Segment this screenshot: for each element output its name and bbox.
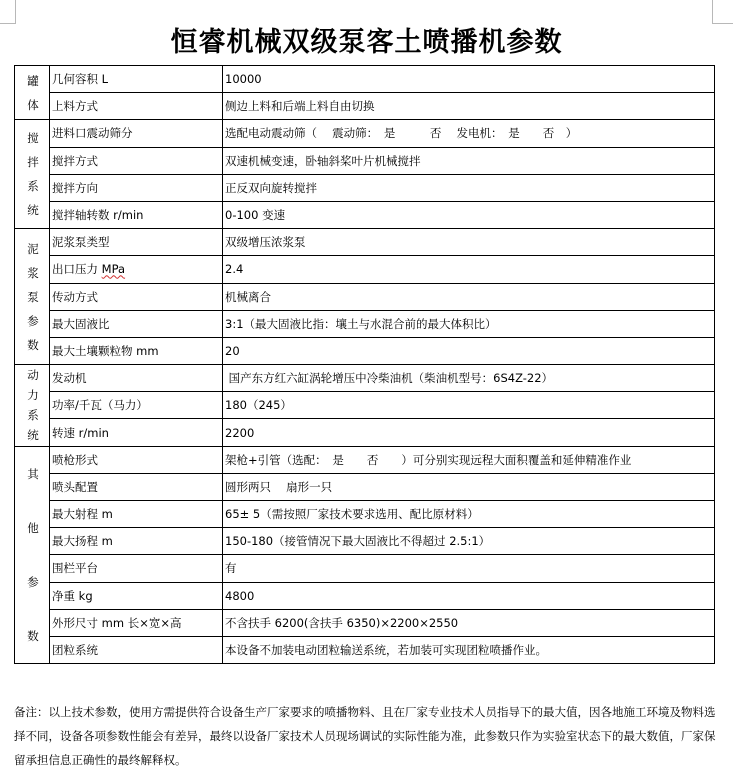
- table-row: 最大土壤颗粒物 mm 20: [15, 337, 715, 364]
- param-name: 功率/千瓦（马力）: [50, 392, 223, 419]
- group-label-char: 动: [17, 365, 49, 385]
- table-row: 最大射程 m 65± 5（需按照厂家技术要求选用、配比原材料）: [15, 501, 715, 528]
- footnote: 备注：以上技术参数，使用方需提供符合设备生产厂家要求的喷播物料、且在厂家专业技术…: [14, 700, 716, 769]
- param-name: 最大扬程 m: [50, 528, 223, 555]
- table-row: 搅拌轴转数 r/min 0-100 变速: [15, 201, 715, 228]
- table-row: 罐 体 几何容积 L 10000: [15, 66, 715, 93]
- group-label-char: 统: [17, 198, 49, 222]
- table-row: 搅拌方式 双速机械变速，卧轴斜桨叶片机械搅拌: [15, 147, 715, 174]
- param-name: 团粒系统: [50, 636, 223, 663]
- param-value: 20: [223, 337, 715, 364]
- param-value: 150-180（接管情况下最大固液比不得超过 2.5:1）: [223, 528, 715, 555]
- group-label-char: 泵: [17, 285, 49, 309]
- group-label-mixing-system: 搅 拌 系 统: [15, 120, 50, 229]
- param-name: 围栏平台: [50, 555, 223, 582]
- group-label-char: 参: [17, 309, 49, 333]
- param-name: 搅拌方向: [50, 174, 223, 201]
- param-name: 发动机: [50, 365, 223, 392]
- table-row: 其 他 参 数 喷枪形式 架枪+引管（选配： 是 否 ）可分别实现远程大面积覆盖…: [15, 446, 715, 473]
- param-value: 有: [223, 555, 715, 582]
- group-label-char: 其: [17, 447, 49, 501]
- param-name: 最大固液比: [50, 310, 223, 337]
- param-value: 机械离合: [223, 283, 715, 310]
- table-row: 外形尺寸 mm 长×宽×高 不含扶手 6200(含扶手 6350)×2200×2…: [15, 609, 715, 636]
- param-value: 选配电动震动筛（ 震动筛： 是 否 发电机： 是 否 ）: [223, 120, 715, 147]
- param-name-text: 出口压力: [52, 262, 102, 276]
- table-row: 功率/千瓦（马力） 180（245）: [15, 392, 715, 419]
- param-value: 0-100 变速: [223, 201, 715, 228]
- group-label-char: 数: [17, 333, 49, 357]
- param-value: 3:1（最大固液比指：壤土与水混合前的最大体积比）: [223, 310, 715, 337]
- group-label-power-system: 动 力 系 统: [15, 365, 50, 447]
- param-value: 双级增压浓浆泵: [223, 229, 715, 256]
- table-row: 最大扬程 m 150-180（接管情况下最大固液比不得超过 2.5:1）: [15, 528, 715, 555]
- param-name: 传动方式: [50, 283, 223, 310]
- param-name: 喷头配置: [50, 473, 223, 500]
- spec-table: 罐 体 几何容积 L 10000 上料方式 侧边上料和后端上料自由切换 搅 拌 …: [14, 65, 715, 664]
- param-name: 喷枪形式: [50, 446, 223, 473]
- param-value: 正反双向旋转搅拌: [223, 174, 715, 201]
- table-row: 围栏平台 有: [15, 555, 715, 582]
- param-value: 180（245）: [223, 392, 715, 419]
- page-corner-mark-top-right: [712, 0, 733, 24]
- param-value: 4800: [223, 582, 715, 609]
- table-row: 搅 拌 系 统 进料口震动筛分 选配电动震动筛（ 震动筛： 是 否 发电机： 是…: [15, 120, 715, 147]
- group-label-char: 罐: [17, 69, 49, 93]
- param-value: 双速机械变速，卧轴斜桨叶片机械搅拌: [223, 147, 715, 174]
- group-label-other-params: 其 他 参 数: [15, 446, 50, 664]
- table-row: 传动方式 机械离合: [15, 283, 715, 310]
- param-name: 进料口震动筛分: [50, 120, 223, 147]
- param-name: 出口压力 MPa: [50, 256, 223, 283]
- document-title: 恒睿机械双级泵客土喷播机参数: [0, 25, 733, 61]
- param-value: 侧边上料和后端上料自由切换: [223, 93, 715, 120]
- param-value: 10000: [223, 66, 715, 93]
- group-label-tank: 罐 体: [15, 66, 50, 120]
- param-value: 本设备不加装电动团粒输送系统，若加装可实现团粒喷播作业。: [223, 636, 715, 663]
- param-value: 国产东方红六缸涡轮增压中冷柴油机（柴油机型号：6S4Z-22）: [223, 365, 715, 392]
- spellcheck-flagged-unit: MPa: [102, 262, 125, 276]
- param-value: 2.4: [223, 256, 715, 283]
- table-row: 出口压力 MPa 2.4: [15, 256, 715, 283]
- table-row: 净重 kg 4800: [15, 582, 715, 609]
- table-row: 搅拌方向 正反双向旋转搅拌: [15, 174, 715, 201]
- group-label-mud-pump: 泥 浆 泵 参 数: [15, 229, 50, 365]
- group-label-char: 搅: [17, 126, 49, 150]
- param-name: 最大土壤颗粒物 mm: [50, 337, 223, 364]
- table-row: 泥 浆 泵 参 数 泥浆泵类型 双级增压浓浆泵: [15, 229, 715, 256]
- group-label-char: 力: [17, 385, 49, 405]
- group-label-char: 统: [17, 425, 49, 445]
- page-corner-mark-top-left: [0, 0, 16, 24]
- table-row: 团粒系统 本设备不加装电动团粒输送系统，若加装可实现团粒喷播作业。: [15, 636, 715, 663]
- param-name: 泥浆泵类型: [50, 229, 223, 256]
- param-name: 外形尺寸 mm 长×宽×高: [50, 609, 223, 636]
- param-value: 2200: [223, 419, 715, 446]
- param-value: 架枪+引管（选配： 是 否 ）可分别实现远程大面积覆盖和延伸精准作业: [223, 446, 715, 473]
- param-name: 净重 kg: [50, 582, 223, 609]
- param-name: 最大射程 m: [50, 501, 223, 528]
- table-row: 转速 r/min 2200: [15, 419, 715, 446]
- group-label-char: 数: [17, 609, 49, 663]
- table-row: 喷头配置 圆形两只 扇形一只: [15, 473, 715, 500]
- group-label-char: 他: [17, 501, 49, 555]
- param-name: 几何容积 L: [50, 66, 223, 93]
- param-name: 转速 r/min: [50, 419, 223, 446]
- group-label-char: 拌: [17, 150, 49, 174]
- param-name: 搅拌轴转数 r/min: [50, 201, 223, 228]
- group-label-char: 浆: [17, 261, 49, 285]
- param-name: 上料方式: [50, 93, 223, 120]
- param-value: 不含扶手 6200(含扶手 6350)×2200×2550: [223, 609, 715, 636]
- group-label-char: 系: [17, 405, 49, 425]
- table-row: 上料方式 侧边上料和后端上料自由切换: [15, 93, 715, 120]
- param-value: 圆形两只 扇形一只: [223, 473, 715, 500]
- group-label-char: 体: [17, 93, 49, 117]
- param-value: 65± 5（需按照厂家技术要求选用、配比原材料）: [223, 501, 715, 528]
- group-label-char: 参: [17, 555, 49, 609]
- group-label-char: 泥: [17, 237, 49, 261]
- param-name: 搅拌方式: [50, 147, 223, 174]
- table-row: 最大固液比 3:1（最大固液比指：壤土与水混合前的最大体积比）: [15, 310, 715, 337]
- table-row: 动 力 系 统 发动机 国产东方红六缸涡轮增压中冷柴油机（柴油机型号：6S4Z-…: [15, 365, 715, 392]
- group-label-char: 系: [17, 174, 49, 198]
